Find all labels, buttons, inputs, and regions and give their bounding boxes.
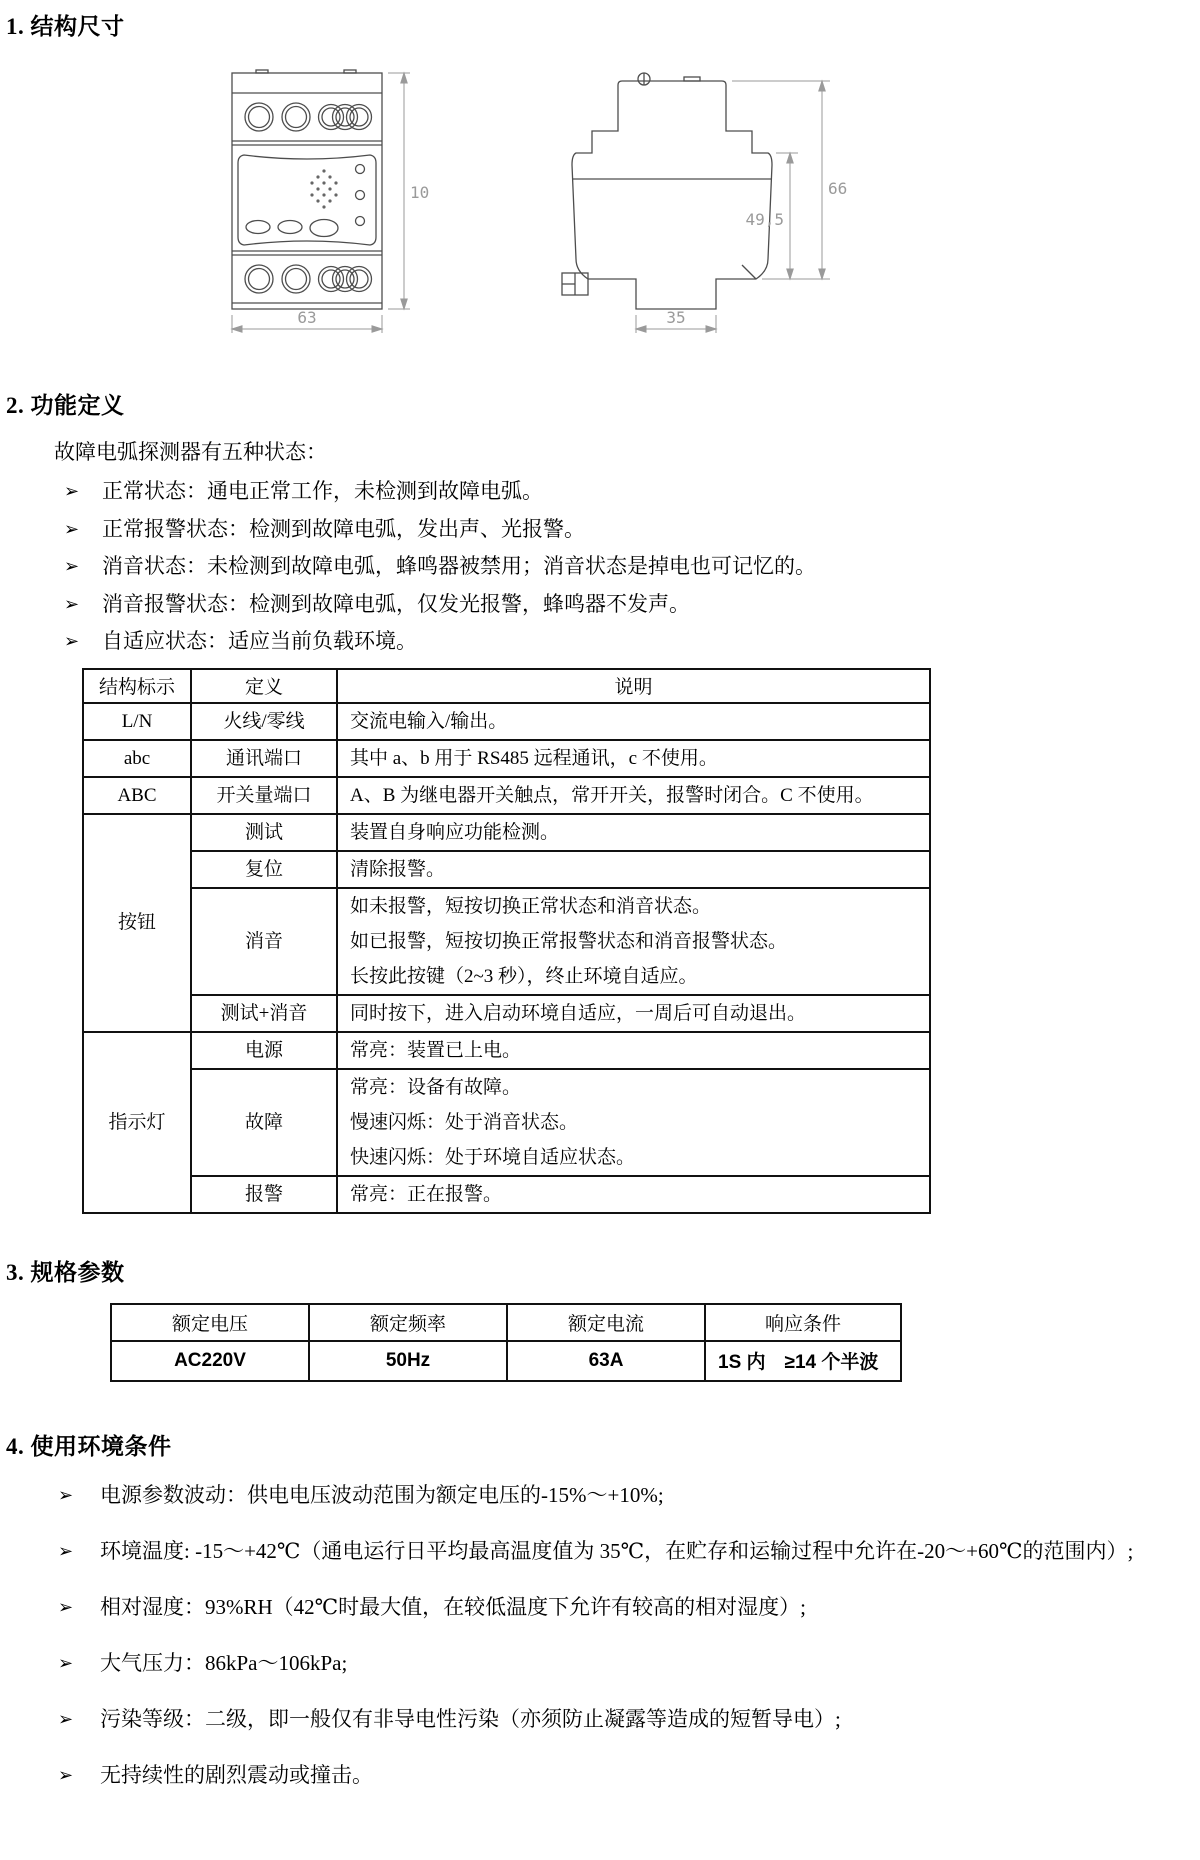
bullet-arrow-icon: ➢ [58,1531,100,1571]
bullet-arrow-icon: ➢ [64,593,102,614]
spec-value-voltage: AC220V [111,1341,309,1381]
table-row: 测试+消音 同时按下，进入启动环境自适应，一周后可自动退出。 [83,995,930,1032]
description-line: 快速闪烁：处于环境自适应状态。 [350,1140,923,1175]
side-body-height-dim-label: 49,5 [745,210,784,229]
col-header-description: 说明 [337,669,930,703]
row-description: 常亮：装置已上电。 [337,1032,930,1069]
bullet-arrow-icon: ➢ [58,1587,100,1627]
state-text: 自适应状态：适应当前负载环境。 [102,630,417,654]
row-definition: 测试+消音 [191,995,337,1032]
row-description: 如未报警，短按切换正常状态和消音状态。 如已报警，短按切换正常报警状态和消音报警… [337,888,930,995]
table-row: 消音 如未报警，短按切换正常状态和消音状态。 如已报警，短按切换正常报警状态和消… [83,888,930,995]
table-row: 复位 清除报警。 [83,851,930,888]
bullet-arrow-icon: ➢ [64,630,102,651]
row-description: 常亮：设备有故障。 慢速闪烁：处于消音状态。 快速闪烁：处于环境自适应状态。 [337,1069,930,1176]
front-height-dim-label: 100 [410,183,430,202]
col-header-structure: 结构标示 [83,669,191,703]
spec-header-current: 额定电流 [507,1304,705,1341]
table-row: 报警 常亮：正在报警。 [83,1176,930,1213]
row-description: 交流电输入/输出。 [337,703,930,740]
description-line: 如已报警，短按切换正常报警状态和消音报警状态。 [350,924,923,959]
table-header-row: 结构标示 定义 说明 [83,669,930,703]
condition-text: 相对湿度：93%RH（42℃时最大值，在较低温度下允许有较高的相对湿度）; [100,1587,806,1627]
table-row: abc 通讯端口 其中 a、b 用于 RS485 远程通讯，c 不使用。 [83,740,930,777]
row-definition: 电源 [191,1032,337,1069]
spec-header-voltage: 额定电压 [111,1304,309,1341]
side-total-height-dim-label: 66 [828,179,847,198]
row-definition: 故障 [191,1069,337,1176]
row-description: 同时按下，进入启动环境自适应，一周后可自动退出。 [337,995,930,1032]
front-view-svg: 100 63 [218,67,430,345]
speaker-grille-icon [310,169,337,208]
spec-value-row: AC220V 50Hz 63A 1S 内 ≥14 个半波 [111,1341,901,1381]
condition-list-item: ➢无持续性的剧烈震动或撞击。 [58,1755,1158,1795]
state-list-item: ➢正常状态：通电正常工作，未检测到故障电弧。 [64,480,1170,504]
bullet-arrow-icon: ➢ [58,1699,100,1739]
condition-list-item: ➢电源参数波动：供电电压波动范围为额定电压的-15%～+10%; [58,1475,1158,1515]
state-list-item: ➢正常报警状态：检测到故障电弧，发出声、光报警。 [64,518,1170,542]
row-definition: 通讯端口 [191,740,337,777]
condition-text: 大气压力：86kPa～106kPa; [100,1643,347,1683]
table-row: 按钮 测试 装置自身响应功能检测。 [83,814,930,851]
condition-list-item: ➢大气压力：86kPa～106kPa; [58,1643,1158,1683]
function-definition-table: 结构标示 定义 说明 L/N 火线/零线 交流电输入/输出。 abc 通讯端口 … [82,668,931,1214]
row-definition: 开关量端口 [191,777,337,814]
spec-value-current: 63A [507,1341,705,1381]
row-definition: 火线/零线 [191,703,337,740]
state-text: 消音报警状态：检测到故障电弧，仅发光报警，蜂鸣器不发声。 [102,593,690,617]
spec-value-frequency: 50Hz [309,1341,507,1381]
front-view-drawing: 100 63 [218,67,430,345]
group-label-buttons: 按钮 [83,814,191,1032]
row-definition: 消音 [191,888,337,995]
spec-header-response: 响应条件 [705,1304,901,1341]
condition-list-item: ➢相对湿度：93%RH（42℃时最大值，在较低温度下允许有较高的相对湿度）; [58,1587,1158,1627]
row-label: abc [83,740,191,777]
section-3-heading: 3. 规格参数 [6,1254,1170,1287]
device-front-outline [232,70,382,309]
section-4-heading: 4. 使用环境条件 [6,1428,1170,1461]
row-description: 其中 a、b 用于 RS485 远程通讯，c 不使用。 [337,740,930,777]
side-rail-width-dim-label: 35 [666,308,685,327]
section-1-heading: 1. 结构尺寸 [6,8,1170,41]
row-description: 清除报警。 [337,851,930,888]
dimension-drawings: 100 63 [218,67,1170,359]
col-header-definition: 定义 [191,669,337,703]
side-dim-lines [636,81,830,333]
state-list-item: ➢消音状态：未检测到故障电弧，蜂鸣器被禁用；消音状态是掉电也可记忆的。 [64,555,1170,579]
states-intro: 故障电弧探测器有五种状态： [54,436,1170,466]
group-label-indicators: 指示灯 [83,1032,191,1213]
description-line: 常亮：设备有故障。 [350,1070,923,1105]
bullet-arrow-icon: ➢ [58,1475,100,1515]
table-row: 故障 常亮：设备有故障。 慢速闪烁：处于消音状态。 快速闪烁：处于环境自适应状态… [83,1069,930,1176]
row-label: L/N [83,703,191,740]
device-side-outline [562,73,772,309]
description-line: 慢速闪烁：处于消音状态。 [350,1105,923,1140]
state-text: 消音状态：未检测到故障电弧，蜂鸣器被禁用；消音状态是掉电也可记忆的。 [102,555,816,579]
table-row: 指示灯 电源 常亮：装置已上电。 [83,1032,930,1069]
state-text: 正常状态：通电正常工作，未检测到故障电弧。 [102,480,543,504]
table-row: ABC 开关量端口 A、B 为继电器开关触点，常开开关，报警时闭合。C 不使用。 [83,777,930,814]
state-list: ➢正常状态：通电正常工作，未检测到故障电弧。 ➢正常报警状态：检测到故障电弧，发… [64,480,1170,654]
condition-text: 电源参数波动：供电电压波动范围为额定电压的-15%～+10%; [100,1475,664,1515]
spec-header-frequency: 额定频率 [309,1304,507,1341]
row-description: A、B 为继电器开关触点，常开开关，报警时闭合。C 不使用。 [337,777,930,814]
front-dim-lines [232,73,410,333]
section-2-heading: 2. 功能定义 [6,387,1170,420]
bullet-arrow-icon: ➢ [64,480,102,501]
row-description: 常亮：正在报警。 [337,1176,930,1213]
spec-value-response: 1S 内 ≥14 个半波 [705,1341,901,1381]
row-definition: 复位 [191,851,337,888]
manual-page: 1. 结构尺寸 [0,0,1200,1860]
row-definition: 测试 [191,814,337,851]
condition-text: 无持续性的剧烈震动或撞击。 [100,1755,373,1795]
spec-header-row: 额定电压 额定频率 额定电流 响应条件 [111,1304,901,1341]
condition-text: 环境温度: -15～+42℃（通电运行日平均最高温度值为 35℃，在贮存和运输过… [100,1531,1133,1571]
bullet-arrow-icon: ➢ [64,555,102,576]
front-width-dim-label: 63 [297,308,316,327]
bullet-arrow-icon: ➢ [58,1755,100,1795]
condition-text: 污染等级：二级，即一般仅有非导电性污染（亦须防止凝露等造成的短暂导电）; [100,1699,841,1739]
condition-list-item: ➢污染等级：二级，即一般仅有非导电性污染（亦须防止凝露等造成的短暂导电）; [58,1699,1158,1739]
state-text: 正常报警状态：检测到故障电弧，发出声、光报警。 [102,518,585,542]
description-line: 如未报警，短按切换正常状态和消音状态。 [350,889,923,924]
condition-list-item: ➢环境温度: -15～+42℃（通电运行日平均最高温度值为 35℃，在贮存和运输… [58,1531,1158,1571]
side-view-svg: 66 49,5 35 [518,67,852,345]
row-description: 装置自身响应功能检测。 [337,814,930,851]
bullet-arrow-icon: ➢ [58,1643,100,1683]
state-list-item: ➢消音报警状态：检测到故障电弧，仅发光报警，蜂鸣器不发声。 [64,593,1170,617]
row-label: ABC [83,777,191,814]
environment-condition-list: ➢电源参数波动：供电电压波动范围为额定电压的-15%～+10%; ➢环境温度: … [58,1475,1158,1795]
bullet-arrow-icon: ➢ [64,518,102,539]
spec-table: 额定电压 额定频率 额定电流 响应条件 AC220V 50Hz 63A 1S 内… [110,1303,902,1382]
state-list-item: ➢自适应状态：适应当前负载环境。 [64,630,1170,654]
description-line: 长按此按键（2~3 秒），终止环境自适应。 [350,959,923,994]
side-view-drawing: 66 49,5 35 [518,67,852,345]
row-definition: 报警 [191,1176,337,1213]
table-row: L/N 火线/零线 交流电输入/输出。 [83,703,930,740]
